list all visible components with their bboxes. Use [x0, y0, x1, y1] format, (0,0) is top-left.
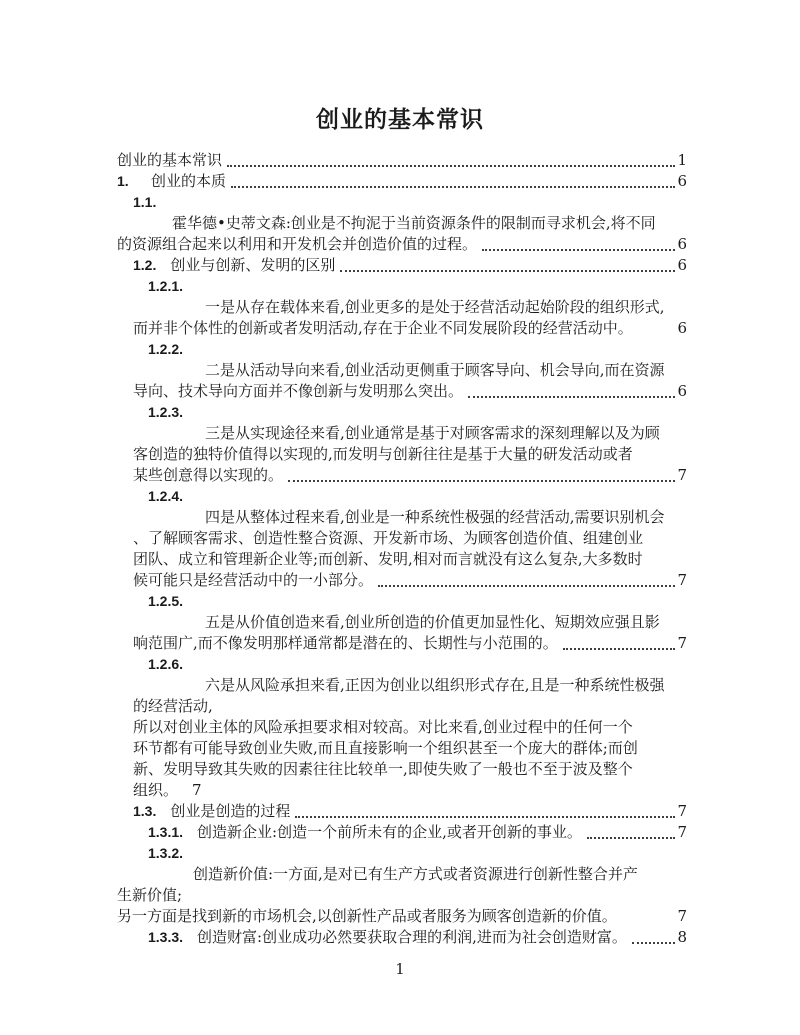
toc-line: 1.2.3. — [117, 402, 687, 423]
toc-number: 1.2.2. — [148, 339, 183, 360]
toc-text: 另一方面是找到新的市场机会,以创新性产品或者服务为顾客创造新的价值。 — [117, 906, 617, 927]
toc-text: 导向、技术导向方面并不像创新与发明那么突出。 — [133, 381, 463, 402]
toc-page-number: 7 — [677, 465, 687, 486]
toc-text: 生新价值; — [117, 885, 182, 906]
dot-leader — [378, 579, 675, 587]
toc-line: 所以对创业主体的风险承担要求相对较高。对比来看,创业过程中的任何一个 — [117, 717, 687, 738]
toc-line: 导向、技术导向方面并不像创新与发明那么突出。6 — [117, 381, 687, 402]
toc-text: 的经营活动, — [133, 696, 213, 717]
toc-line: 五是从价值创造来看,创业所创造的价值更加显性化、短期效应强且影 — [117, 612, 687, 633]
toc-number: 1.3.3. — [148, 927, 183, 948]
blank-leader — [638, 329, 676, 335]
toc-number: 1.2.4. — [148, 486, 183, 507]
toc-text: 客创造的独特价值得以实现的,而发明与创新往往是基于大量的研发活动或者 — [133, 444, 633, 465]
toc-text: 某些创意得以实现的。 — [133, 465, 283, 486]
page-title: 创业的基本常识 — [0, 101, 800, 134]
toc-text: 创造财富:创业成功必然要获取合理的利润,进而为社会创造财富。 — [197, 927, 627, 948]
dot-leader — [340, 264, 675, 272]
toc-text: 所以对创业主体的风险承担要求相对较高。对比来看,创业过程中的任何一个 — [133, 717, 633, 738]
toc-line: 候可能只是经营活动中的一小部分。7 — [117, 570, 687, 591]
toc-number: 1.3.1. — [148, 822, 183, 843]
toc-line: 另一方面是找到新的市场机会,以创新性产品或者服务为顾客创造新的价值。7 — [117, 906, 687, 927]
toc-page-number: 8 — [677, 927, 687, 948]
toc-page-number: 7 — [677, 822, 687, 843]
toc-number: 1.3. — [133, 801, 156, 822]
toc-text: 四是从整体过程来看,创业是一种系统性极强的经营活动,需要识别机会 — [205, 507, 665, 528]
toc-text: 而并非个体性的创新或者发明活动,存在于企业不同发展阶段的经营活动中。 — [133, 318, 633, 339]
toc-line: 二是从活动导向来看,创业活动更侧重于顾客导向、机会导向,而在资源 — [117, 360, 687, 381]
toc-number: 1.2.5. — [148, 591, 183, 612]
toc-text: 创业是创造的过程 — [170, 801, 290, 822]
toc-line: 1.2.6. — [117, 654, 687, 675]
toc-page-number: 7 — [677, 801, 687, 822]
toc-line: 某些创意得以实现的。7 — [117, 465, 687, 486]
dot-leader — [587, 831, 676, 839]
toc-text: 五是从价值创造来看,创业所创造的价值更加显性化、短期效应强且影 — [205, 612, 660, 633]
dot-leader — [632, 936, 676, 944]
toc-line: 的经营活动, — [117, 696, 687, 717]
toc-page-number: 6 — [677, 255, 687, 276]
toc-text: 创造新价值:一方面,是对已有生产方式或者资源进行创新性整合并产 — [193, 864, 638, 885]
toc-text: 创业的基本常识 — [117, 150, 222, 171]
toc-line: 环节都有可能导致创业失败,而且直接影响一个组织甚至一个庞大的群体;而创 — [117, 738, 687, 759]
dot-leader — [563, 642, 676, 650]
toc-text: 新、发明导致其失败的因素往往比较单一,即使失败了一般也不至于波及整个 — [133, 759, 633, 780]
toc-line: 创造新价值:一方面,是对已有生产方式或者资源进行创新性整合并产 — [117, 864, 687, 885]
toc-number: 1.2.1. — [148, 276, 183, 297]
toc-number: 1.2.6. — [148, 654, 183, 675]
toc-text: 组织。 — [133, 780, 178, 801]
toc-line: 新、发明导致其失败的因素往往比较单一,即使失败了一般也不至于波及整个 — [117, 759, 687, 780]
dot-leader — [468, 390, 675, 398]
dot-leader — [231, 180, 675, 188]
dot-leader — [227, 159, 675, 167]
toc-text: 霍华德•史蒂文森:创业是不拘泥于当前资源条件的限制而寻求机会,将不同 — [172, 213, 656, 234]
footer-page-number: 1 — [0, 960, 800, 978]
toc-line: 1.2.5. — [117, 591, 687, 612]
toc-page-number: 7 — [677, 570, 687, 591]
toc-line: 霍华德•史蒂文森:创业是不拘泥于当前资源条件的限制而寻求机会,将不同 — [117, 213, 687, 234]
toc-line: 而并非个体性的创新或者发明活动,存在于企业不同发展阶段的经营活动中。6 — [117, 318, 687, 339]
toc-text: 一是从存在载体来看,创业更多的是处于经营活动起始阶段的组织形式, — [205, 297, 665, 318]
toc-line: 1.3.2. — [117, 843, 687, 864]
toc-line: 组织。7 — [117, 780, 687, 801]
toc-text: 三是从实现途径来看,创业通常是基于对顾客需求的深刻理解以及为顾 — [205, 423, 660, 444]
toc-line: 的资源组合起来以利用和开发机会并创造价值的过程。6 — [117, 234, 687, 255]
table-of-contents: 创业的基本常识11.创业的本质61.1.霍华德•史蒂文森:创业是不拘泥于当前资源… — [117, 150, 687, 948]
toc-line: 1.创业的本质6 — [117, 171, 687, 192]
toc-line: 、了解顾客需求、创造性整合资源、开发新市场、为顾客创造价值、组建创业 — [117, 528, 687, 549]
dot-leader — [288, 474, 675, 482]
toc-inline-page-number: 7 — [192, 780, 202, 801]
toc-line: 1.2.4. — [117, 486, 687, 507]
toc-line: 四是从整体过程来看,创业是一种系统性极强的经营活动,需要识别机会 — [117, 507, 687, 528]
toc-number: 1.2. — [133, 255, 156, 276]
toc-page-number: 7 — [677, 633, 687, 654]
toc-line: 1.3.1.创造新企业:创造一个前所未有的企业,或者开创新的事业。7 — [117, 822, 687, 843]
toc-line: 1.3.创业是创造的过程7 — [117, 801, 687, 822]
toc-page-number: 6 — [677, 171, 687, 192]
toc-line: 六是从风险承担来看,正因为创业以组织形式存在,且是一种系统性极强 — [117, 675, 687, 696]
toc-line: 1.2.创业与创新、发明的区别6 — [117, 255, 687, 276]
toc-text: 六是从风险承担来看,正因为创业以组织形式存在,且是一种系统性极强 — [205, 675, 665, 696]
toc-line: 客创造的独特价值得以实现的,而发明与创新往往是基于大量的研发活动或者 — [117, 444, 687, 465]
toc-line: 团队、成立和管理新企业等;而创新、发明,相对而言就没有这么复杂,大多数时 — [117, 549, 687, 570]
toc-text: 响范围广,而不像发明那样通常都是潜在的、长期性与小范围的。 — [133, 633, 558, 654]
toc-line: 1.2.2. — [117, 339, 687, 360]
toc-line: 1.2.1. — [117, 276, 687, 297]
toc-text: 创业的本质 — [151, 171, 226, 192]
toc-page-number: 7 — [677, 906, 687, 927]
toc-number: 1.3.2. — [148, 843, 183, 864]
toc-number: 1. — [117, 171, 137, 192]
toc-text: 创业与创新、发明的区别 — [170, 255, 335, 276]
toc-text: 二是从活动导向来看,创业活动更侧重于顾客导向、机会导向,而在资源 — [205, 360, 665, 381]
toc-text: 候可能只是经营活动中的一小部分。 — [133, 570, 373, 591]
toc-text: 、了解顾客需求、创造性整合资源、开发新市场、为顾客创造价值、组建创业 — [133, 528, 643, 549]
toc-page-number: 6 — [677, 234, 687, 255]
toc-text: 团队、成立和管理新企业等;而创新、发明,相对而言就没有这么复杂,大多数时 — [133, 549, 643, 570]
toc-line: 1.1. — [117, 192, 687, 213]
toc-number: 1.1. — [133, 192, 156, 213]
toc-line: 生新价值; — [117, 885, 687, 906]
toc-line: 三是从实现途径来看,创业通常是基于对顾客需求的深刻理解以及为顾 — [117, 423, 687, 444]
toc-text: 的资源组合起来以利用和开发机会并创造价值的过程。 — [117, 234, 477, 255]
dot-leader — [295, 810, 675, 818]
toc-number: 1.2.3. — [148, 402, 183, 423]
toc-page-number: 6 — [677, 318, 687, 339]
toc-line: 创业的基本常识1 — [117, 150, 687, 171]
blank-leader — [622, 917, 676, 923]
toc-page-number: 6 — [677, 381, 687, 402]
dot-leader — [482, 243, 675, 251]
toc-line: 1.3.3.创造财富:创业成功必然要获取合理的利润,进而为社会创造财富。8 — [117, 927, 687, 948]
toc-line: 响范围广,而不像发明那样通常都是潜在的、长期性与小范围的。7 — [117, 633, 687, 654]
toc-text: 环节都有可能导致创业失败,而且直接影响一个组织甚至一个庞大的群体;而创 — [133, 738, 638, 759]
toc-page-number: 1 — [677, 150, 687, 171]
toc-text: 创造新企业:创造一个前所未有的企业,或者开创新的事业。 — [197, 822, 582, 843]
toc-line: 一是从存在载体来看,创业更多的是处于经营活动起始阶段的组织形式, — [117, 297, 687, 318]
